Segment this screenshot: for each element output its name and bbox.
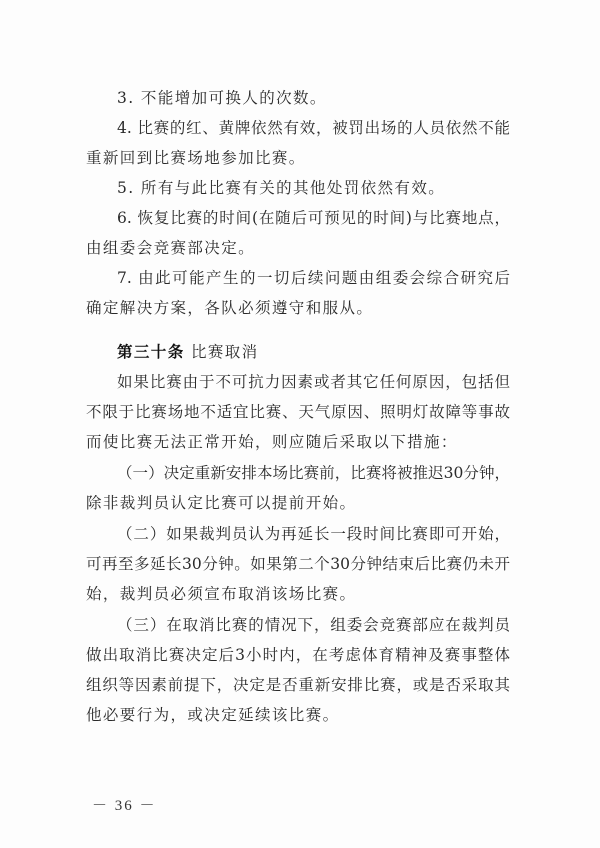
measure-1-line1: （一）决定重新安排本场比赛前，比赛将被推迟30分钟， [117,463,510,483]
intro-line1: 如果比赛由于不可抗力因素或者其它任何原因，包括但 [117,372,510,392]
measure-3-line4: 他必要行为，或决定延续该比赛。 [86,705,510,725]
list-item-7-line2: 确定解决方案，各队必须遵守和服从。 [86,298,510,318]
article-title: 比赛取消 [191,343,259,361]
list-item-6-line1: 6. 恢复比赛的时间(在随后可预见的时间)与比赛地点， [117,208,510,228]
list-item-5: 5. 所有与此比赛有关的其他处罚依然有效。 [117,178,510,198]
measure-3-line3: 组织等因素前提下，决定是否重新安排比赛，或是否采取其 [86,675,510,695]
list-item-4-line2: 重新回到比赛场地参加比赛。 [86,148,510,168]
document-page: 3. 不能增加可换人的次数。 4. 比赛的红、黄牌依然有效，被罚出场的人员依然不… [0,0,600,848]
list-item-7-line1: 7. 由此可能产生的一切后续问题由组委会综合研究后 [117,268,510,288]
list-item-6-line2: 由组委会竞赛部决定。 [86,238,510,258]
measure-2-line1: （二）如果裁判员认为再延长一段时间比赛即可开始， [117,524,510,544]
measure-1-line2: 除非裁判员认定比赛可以提前开始。 [86,493,510,513]
measure-2-line2: 可再至多延长30分钟。如果第二个30分钟结束后比赛仍未开 [86,554,510,574]
article-heading: 第三十条 比赛取消 [117,342,510,362]
measure-3-line2: 做出取消比赛决定后3小时内，在考虑体育精神及赛事整体 [86,645,510,665]
measure-2-line3: 始，裁判员必须宣布取消该场比赛。 [86,584,510,604]
list-item-4-line1: 4. 比赛的红、黄牌依然有效，被罚出场的人员依然不能 [117,118,510,138]
article-number: 第三十条 [117,342,185,361]
intro-line2: 不限于比赛场地不适宜比赛、天气原因、照明灯故障等事故 [86,402,510,422]
measure-3-line1: （三）在取消比赛的情况下，组委会竞赛部应在裁判员 [117,615,510,635]
list-item-3: 3. 不能增加可换人的次数。 [117,88,510,108]
intro-line3: 而使比赛无法正常开始，则应随后采取以下措施： [86,432,510,452]
page-number: － 36 － [92,794,157,815]
